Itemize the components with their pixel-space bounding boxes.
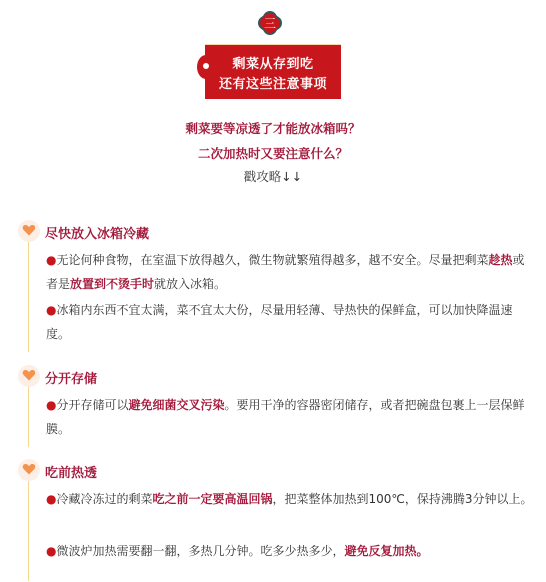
paragraph: ●无论何种食物，在室温下放得越久，微生物就繁殖得越多，越不安全。尽量把剩菜趁热或… — [46, 248, 536, 296]
intro-cta: 戳攻略↓↓ — [0, 167, 546, 185]
heart-icon — [22, 462, 36, 476]
paragraph: ●分开存储可以避免细菌交叉污染。要用干净的容器密闭储存，或者把碗盘包裹上一层保鲜… — [46, 393, 536, 441]
highlight-text: 放置到不烫手时 — [70, 277, 154, 291]
intro-question-2: 二次加热时又要注意什么？ — [0, 144, 546, 162]
section-number-badge: 三 — [257, 10, 283, 36]
highlight-text: 趁热 — [489, 253, 513, 267]
highlight-text: 吃之前一定要高温回锅 — [153, 492, 273, 506]
text: 无论何种食物，在室温下放得越久，微生物就繁殖得越多，越不安全。尽量把剩菜 — [56, 253, 488, 267]
section-refrigerate: 尽快放入冰箱冷藏 ●无论何种食物，在室温下放得越久，微生物就繁殖得越多，越不安全… — [18, 220, 538, 350]
heart-icon-bg — [18, 220, 40, 242]
title-tag: 剩菜从存到吃 还有这些注意事项 — [205, 44, 341, 99]
text: ，把菜整体加热到100℃，保持沸腾3分钟以上。 — [273, 492, 533, 506]
bullet-dot: ● — [46, 303, 56, 317]
section-title: 尽快放入冰箱冷藏 — [45, 223, 149, 242]
section-title: 吃前热透 — [45, 462, 97, 481]
badge-numeral: 三 — [264, 17, 276, 31]
bullet-dot: ● — [46, 253, 56, 267]
bullet-dot: ● — [46, 492, 56, 506]
heart-icon — [22, 223, 36, 237]
text: 冰箱内东西不宜太满，菜不宜太大份，尽量用轻薄、导热快的保鲜盒，可以加快降温速度。 — [46, 303, 513, 341]
paragraph: ●冰箱内东西不宜太满，菜不宜太大份，尽量用轻薄、导热快的保鲜盒，可以加快降温速度… — [46, 298, 536, 346]
highlight-text: 避免反复加热。 — [345, 544, 429, 558]
bullet-dot: ● — [46, 544, 56, 558]
text: 冷藏冷冻过的剩菜 — [56, 492, 152, 506]
paragraph: ●微波炉加热需要翻一翻，多热几分钟。吃多少热多少，避免反复加热。 — [46, 539, 536, 563]
paragraph: ●冷藏冷冻过的剩菜吃之前一定要高温回锅，把菜整体加热到100℃，保持沸腾3分钟以… — [46, 487, 536, 511]
timeline-line — [28, 242, 29, 352]
highlight-text: 避免细菌交叉污染 — [129, 398, 225, 412]
section-reheat: 吃前热透 ●冷藏冷冻过的剩菜吃之前一定要高温回锅，把菜整体加热到100℃，保持沸… — [18, 459, 538, 579]
timeline-line — [28, 387, 29, 447]
heart-icon-bg — [18, 365, 40, 387]
timeline-line — [28, 481, 29, 581]
text: 就放入冰箱。 — [154, 277, 226, 291]
text: 分开存储可以 — [56, 398, 128, 412]
bullet-dot: ● — [46, 398, 56, 412]
heart-icon-bg — [18, 459, 40, 481]
section-separate-storage: 分开存储 ●分开存储可以避免细菌交叉污染。要用干净的容器密闭储存，或者把碗盘包裹… — [18, 365, 538, 445]
heart-icon — [22, 368, 36, 382]
tag-title-line1: 剩菜从存到吃 — [205, 53, 341, 72]
section-title: 分开存储 — [45, 368, 97, 387]
intro-question-1: 剩菜要等凉透了才能放冰箱吗？ — [0, 119, 546, 137]
text: 微波炉加热需要翻一翻，多热几分钟。吃多少热多少， — [56, 544, 344, 558]
tag-title-line2: 还有这些注意事项 — [205, 73, 341, 92]
